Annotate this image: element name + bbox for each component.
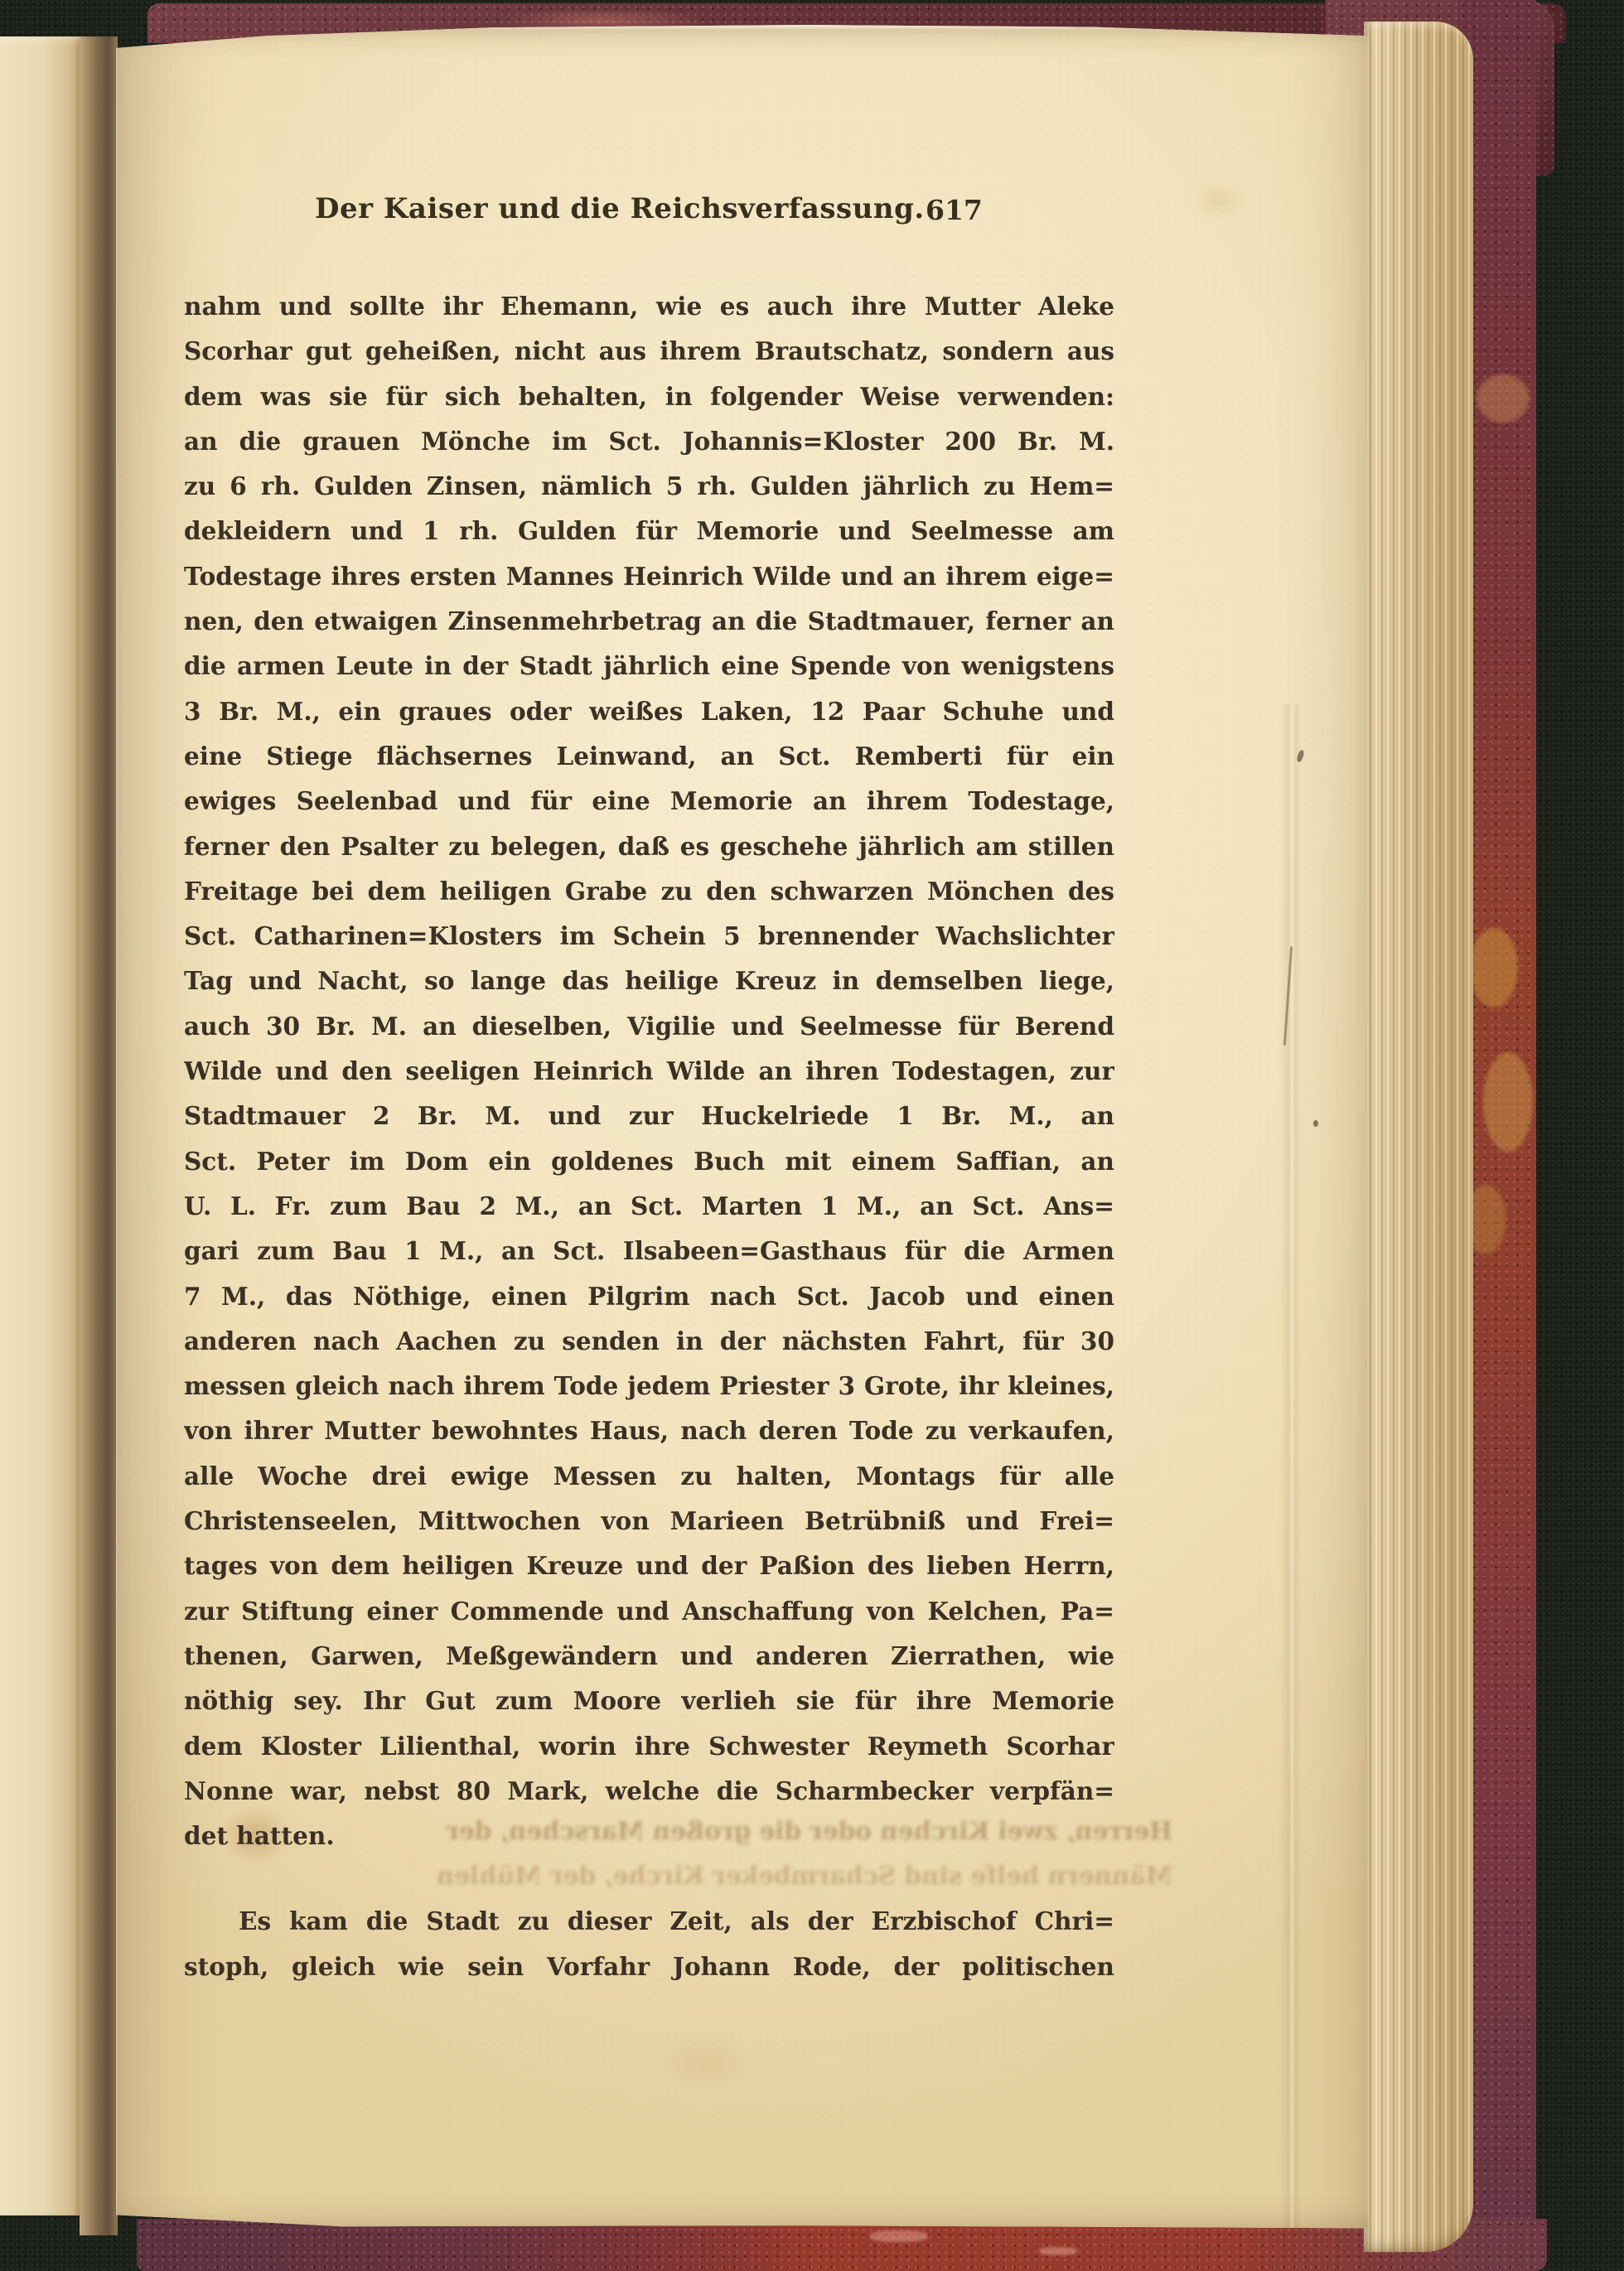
text-line: Sct. Catharinen=Klosters im Schein 5 bre… <box>184 914 1114 959</box>
text-line: Freitage bei dem heiligen Grabe zu den s… <box>184 869 1114 914</box>
text-line: gari zum Bau 1 M., an Sct. Ilsabeen=Gast… <box>184 1229 1114 1273</box>
text-line: dem was sie für sich behalten, in folgen… <box>184 374 1114 419</box>
text-line: Tag und Nacht, so lange das heilige Kreu… <box>184 959 1114 1003</box>
photographed-book-scene: Herren, zwei Kirchen oder die großen Mar… <box>0 0 1624 2271</box>
text-line: dem Kloster Lilienthal, worin ihre Schwe… <box>184 1724 1114 1769</box>
text-line: 3 Br. M., ein graues oder weißes Laken, … <box>184 689 1114 734</box>
text-line: Scorhar gut geheißen, nicht aus ihrem Br… <box>184 329 1114 374</box>
text-line: von ihrer Mutter bewohntes Haus, nach de… <box>184 1409 1114 1453</box>
running-header-title: Der Kaiser und die Reichsverfassung. <box>315 192 925 225</box>
gutter-shadow <box>80 36 118 2235</box>
leather-scuff <box>870 2230 928 2242</box>
text-line: tages von dem heiligen Kreuze und der Pa… <box>184 1544 1114 1588</box>
page-stack-fore-edge <box>1364 22 1473 2252</box>
text-line: an die grauen Mönche im Sct. Johannis=Kl… <box>184 419 1114 464</box>
paragraph: nahm und sollte ihr Ehemann, wie es auch… <box>184 284 1114 1858</box>
text-line: nen, den etwaigen Zinsenmehrbetrag an di… <box>184 599 1114 644</box>
page-crease <box>1280 704 1302 2245</box>
text-line: Sct. Peter im Dom ein goldenes Buch mit … <box>184 1139 1114 1184</box>
text-line: ferner den Psalter zu belegen, daß es ge… <box>184 824 1114 869</box>
text-line: Todestage ihres ersten Mannes Heinrich W… <box>184 554 1114 599</box>
text-line: dekleidern und 1 rh. Gulden für Memorie … <box>184 509 1114 553</box>
text-line: Wilde und den seeligen Heinrich Wilde an… <box>184 1049 1114 1094</box>
text-line: eine Stiege flächsernes Leinwand, an Sct… <box>184 734 1114 779</box>
text-line: Es kam die Stadt zu dieser Zeit, als der… <box>184 1899 1114 1944</box>
text-line: zur Stiftung einer Commende und Anschaff… <box>184 1589 1114 1634</box>
text-line: auch 30 Br. M. an dieselben, Vigilie und… <box>184 1004 1114 1049</box>
page-number: 617 <box>926 194 983 226</box>
leather-worn-patch <box>1477 374 1530 423</box>
text-line: nahm und sollte ihr Ehemann, wie es auch… <box>184 284 1114 329</box>
text-line: nöthig sey. Ihr Gut zum Moore verlieh si… <box>184 1679 1114 1723</box>
text-line: zu 6 rh. Gulden Zinsen, nämlich 5 rh. Gu… <box>184 464 1114 509</box>
text-line: U. L. Fr. zum Bau 2 M., an Sct. Marten 1… <box>184 1184 1114 1229</box>
leather-worn-patch <box>1483 1052 1533 1152</box>
facing-page-sliver <box>0 36 81 2215</box>
text-line: thenen, Garwen, Meßgewändern und anderen… <box>184 1634 1114 1679</box>
text-line: alle Woche drei ewige Messen zu halten, … <box>184 1454 1114 1499</box>
text-line: Christenseelen, Mittwochen von Marieen B… <box>184 1499 1114 1544</box>
page-stain <box>659 2037 752 2088</box>
leather-worn-patch <box>1470 928 1518 1007</box>
text-line: ewiges Seelenbad und für eine Memorie an… <box>184 779 1114 824</box>
text-line: stoph, gleich wie sein Vorfahr Johann Ro… <box>184 1945 1114 1989</box>
paragraph: Es kam die Stadt zu dieser Zeit, als der… <box>184 1899 1114 1989</box>
text-line: Nonne war, nebst 80 Mark, welche die Sch… <box>184 1769 1114 1814</box>
book-page: Herren, zwei Kirchen oder die großen Mar… <box>116 25 1369 2230</box>
page-stain <box>1191 181 1246 220</box>
ink-fleck <box>1313 1120 1318 1127</box>
text-line: die armen Leute in der Stadt jährlich ei… <box>184 644 1114 689</box>
body-text: nahm und sollte ihr Ehemann, wie es auch… <box>184 284 1114 1989</box>
text-line: Stadtmauer 2 Br. M. und zur Huckelriede … <box>184 1094 1114 1138</box>
text-line: messen gleich nach ihrem Tode jedem Prie… <box>184 1364 1114 1409</box>
text-line: 7 M., das Nöthige, einen Pilgrim nach Sc… <box>184 1274 1114 1319</box>
text-line: det hatten. <box>184 1814 1114 1858</box>
text-line: anderen nach Aachen zu senden in der näc… <box>184 1319 1114 1364</box>
leather-scuff <box>1039 2247 1077 2255</box>
